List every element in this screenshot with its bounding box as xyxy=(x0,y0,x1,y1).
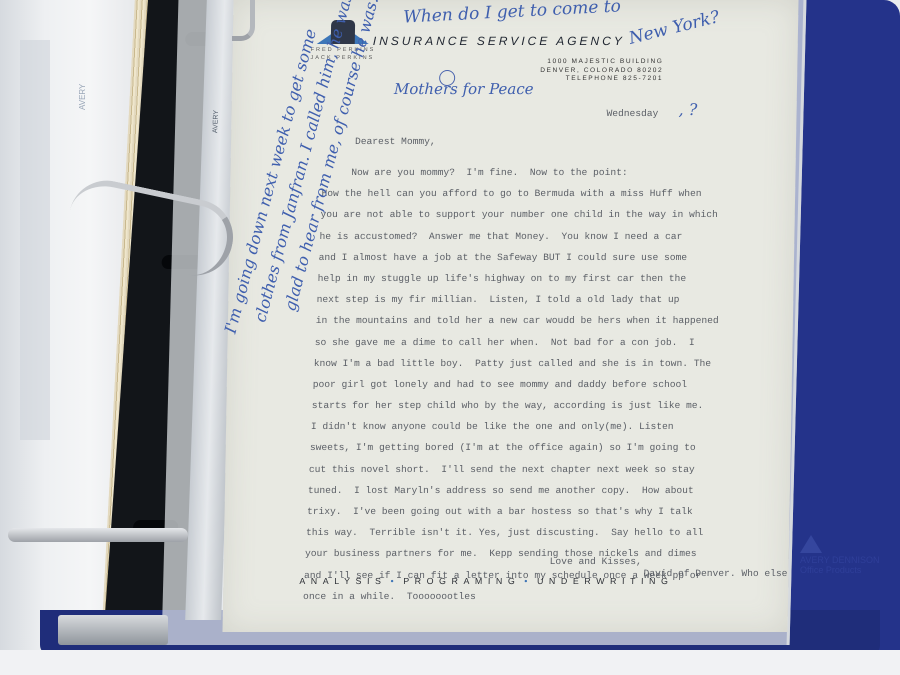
letter-line: he is accustomed? Answer me that Money. … xyxy=(319,226,720,247)
letter-date: Wednesday xyxy=(606,108,658,119)
footer-item: PROGRAMING xyxy=(403,576,520,586)
photo-scene: AVERY AVERY DENNISON Office Products AVE… xyxy=(0,0,900,675)
letter-body: Now are you mommy? I'm fine. Now to the … xyxy=(315,162,722,607)
binder-brand-text: AVERY DENNISON xyxy=(800,555,890,565)
binder-brand-subtext: Office Products xyxy=(800,565,890,575)
letter-line: help in my stuggle up life's highway on … xyxy=(317,268,719,289)
letter-line: know I'm a bad little boy. Patty just ca… xyxy=(314,353,719,374)
letter-line: once in a while. Toooooootles xyxy=(303,586,714,607)
sheet-protector-brand: AVERY xyxy=(212,110,220,133)
company-name: INSURANCE SERVICE AGENCY xyxy=(373,34,625,48)
binder-brand-logo: AVERY DENNISON Office Products xyxy=(800,535,890,605)
letter-closing: Love and Kisses, xyxy=(550,556,642,567)
letter-line: I didn't know anyone could be like the o… xyxy=(311,416,717,437)
letter-line: next step is my fir millian. Listen, I t… xyxy=(317,289,720,310)
letter-line: in the mountains and told her a new car … xyxy=(316,310,719,331)
address-line: DENVER, COLORADO 80202 xyxy=(540,67,663,76)
handwritten-question: When do I get to come to xyxy=(403,0,621,28)
sheet-protector-label: AVERY xyxy=(78,30,118,110)
handwritten-motto: Mothers for Peace xyxy=(394,80,534,98)
letter-line: you are not able to support your number … xyxy=(320,204,720,225)
company-address: 1000 MAJESTIC BUILDING DENVER, COLORADO … xyxy=(540,58,663,84)
letter-line: and I almost have a job at the Safeway B… xyxy=(318,247,720,268)
letter-line: trixy. I've been going out with a bar ho… xyxy=(307,501,716,522)
sheet-band xyxy=(20,40,50,440)
binder-ring-bottom xyxy=(8,528,188,542)
typed-letter: FRED PERKINS JACK PERKINS INSURANCE SERV… xyxy=(222,0,798,632)
letter-line: starts for her step child who by the way… xyxy=(312,395,718,416)
address-line: TELEPHONE 825-7201 xyxy=(540,75,663,84)
letter-line: sweets, I'm getting bored (I'm at the of… xyxy=(310,437,717,458)
letter-line: your business partners for me. Kepp send… xyxy=(305,543,715,564)
binder-lever-clip xyxy=(58,615,168,645)
footer-item: ANALYSIS xyxy=(299,576,386,586)
letter-line: cut this novel short. I'll send the next… xyxy=(309,459,717,480)
brand-triangle-icon xyxy=(800,535,822,553)
letter-line: Now are you mommy? I'm fine. Now to the … xyxy=(322,162,721,183)
table-surface xyxy=(0,650,900,675)
footer-item: UNDERWRITING xyxy=(537,576,674,586)
binder-ring-top xyxy=(232,0,255,41)
letter-line: poor girl got lonely and had to see momm… xyxy=(313,374,718,395)
footer-bullet-icon: • xyxy=(520,576,537,586)
letterhead-footer: ANALYSIS•PROGRAMING•UNDERWRITING xyxy=(299,576,673,586)
letter-line: tuned. I lost Maryln's address so send m… xyxy=(308,480,716,501)
footer-bullet-icon: • xyxy=(386,576,403,586)
letter-line: this way. Terrible isn't it. Yes, just d… xyxy=(306,522,715,543)
handwritten-date-mark: , ? xyxy=(678,100,697,119)
handwritten-new-york: New York? xyxy=(627,7,722,49)
address-line: 1000 MAJESTIC BUILDING xyxy=(540,58,663,67)
letter-line: How the hell can you afford to go to Ber… xyxy=(321,183,721,204)
letter-line: so she gave me a dime to call her when. … xyxy=(315,332,719,353)
letter-salutation: Dearest Mommy, xyxy=(355,136,436,147)
